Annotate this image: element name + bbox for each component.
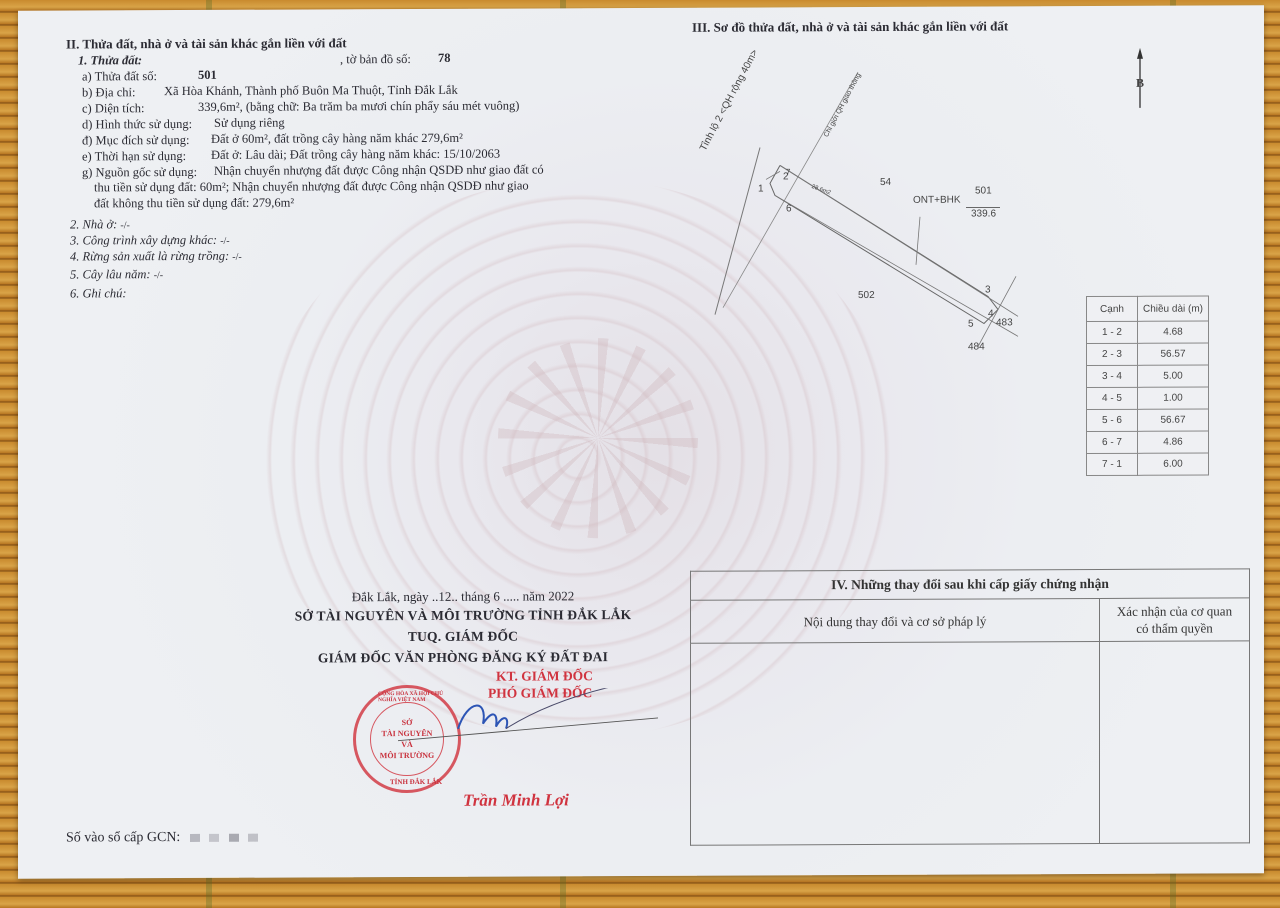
neighbor-parcel-54: 54 [880,177,891,188]
edge-lengths-table: Cạnh Chiều dài (m) 1 - 24.682 - 356.573 … [1086,296,1209,477]
signature-block: Đắk Lắk, ngày ..12.. tháng 6 ..... năm 2… [268,588,658,669]
parcel-number: 501 [975,185,992,196]
edge-row: 2 - 356.57 [1087,343,1209,366]
parcel-diagram [18,5,1264,570]
length-col-header: Chiều dài (m) [1138,296,1209,321]
parcel-area: 339.6 [971,208,996,219]
edge-length: 1.00 [1138,387,1209,409]
edge-name: 1 - 2 [1087,321,1138,343]
neighbor-parcel-483: 483 [996,317,1013,328]
handwritten-signature [398,688,668,759]
edge-length: 6.00 [1138,453,1209,475]
neighbor-parcel-484: 484 [968,342,985,353]
edge-name: 3 - 4 [1087,365,1138,387]
acting-director-line: KT. GIÁM ĐỐC [496,668,593,684]
edge-name: 4 - 5 [1087,387,1138,409]
edge-length: 56.57 [1138,343,1209,365]
edge-length: 4.68 [1138,321,1209,343]
changes-table: IV. Những thay đổi sau khi cấp giấy chứn… [690,568,1250,845]
change-content-cell [691,641,1100,845]
issuing-department: SỞ TÀI NGUYÊN VÀ MÔI TRƯỜNG TỈNH ĐẮK LẮK [268,604,658,627]
edge-row: 5 - 656.67 [1087,409,1209,432]
edge-length: 5.00 [1138,365,1209,387]
edge-length: 56.67 [1138,409,1209,431]
issue-date: Đắk Lắk, ngày ..12.. tháng 6 ..... năm 2… [268,588,658,606]
vertex-4: 4 [988,308,994,319]
edge-length: 4.86 [1138,431,1209,453]
edge-col-header: Cạnh [1087,296,1138,321]
change-content-header: Nội dung thay đổi và cơ sở pháp lý [691,598,1100,643]
authority-confirmation-cell [1100,641,1250,844]
redacted-number [190,834,200,842]
land-certificate-page: II. Thửa đất, nhà ở và tài sản khác gắn … [18,5,1264,878]
authorization-line: TUQ. GIÁM ĐỐC [268,625,658,648]
edge-row: 4 - 51.00 [1087,387,1209,410]
edge-row: 3 - 45.00 [1087,365,1209,388]
office-director-line: GIÁM ĐỐC VĂN PHÒNG ĐĂNG KÝ ĐẤT ĐAI [268,646,658,669]
stamp-ring-bottom: TỈNH ĐẮK LẮK [390,778,442,786]
edge-name: 6 - 7 [1087,431,1138,453]
edge-name: 7 - 1 [1087,453,1138,475]
edge-name: 5 - 6 [1087,409,1138,431]
vertex-3: 3 [985,284,991,295]
edge-row: 7 - 16.00 [1087,453,1209,476]
edge-name: 2 - 3 [1087,343,1138,365]
signer-name: Trần Minh Lợi [463,790,569,810]
edge-row: 1 - 24.68 [1087,321,1209,344]
neighbor-parcel-502: 502 [858,290,875,301]
edge-row: 6 - 74.86 [1087,431,1209,454]
vertex-5: 5 [968,319,974,330]
vertex-7: 7 [786,167,790,176]
registry-label: Số vào sổ cấp GCN: [66,830,180,845]
section-4-title: IV. Những thay đổi sau khi cấp giấy chứn… [691,569,1250,600]
authority-confirmation-header: Xác nhận của cơ quan có thẩm quyền [1100,598,1250,642]
vertex-1: 1 [758,183,764,194]
registry-number: Số vào sổ cấp GCN: [66,830,258,847]
vertex-6: 6 [786,203,792,214]
north-label: B [1136,76,1144,91]
parcel-land-use-code: ONT+BHK [913,195,961,206]
